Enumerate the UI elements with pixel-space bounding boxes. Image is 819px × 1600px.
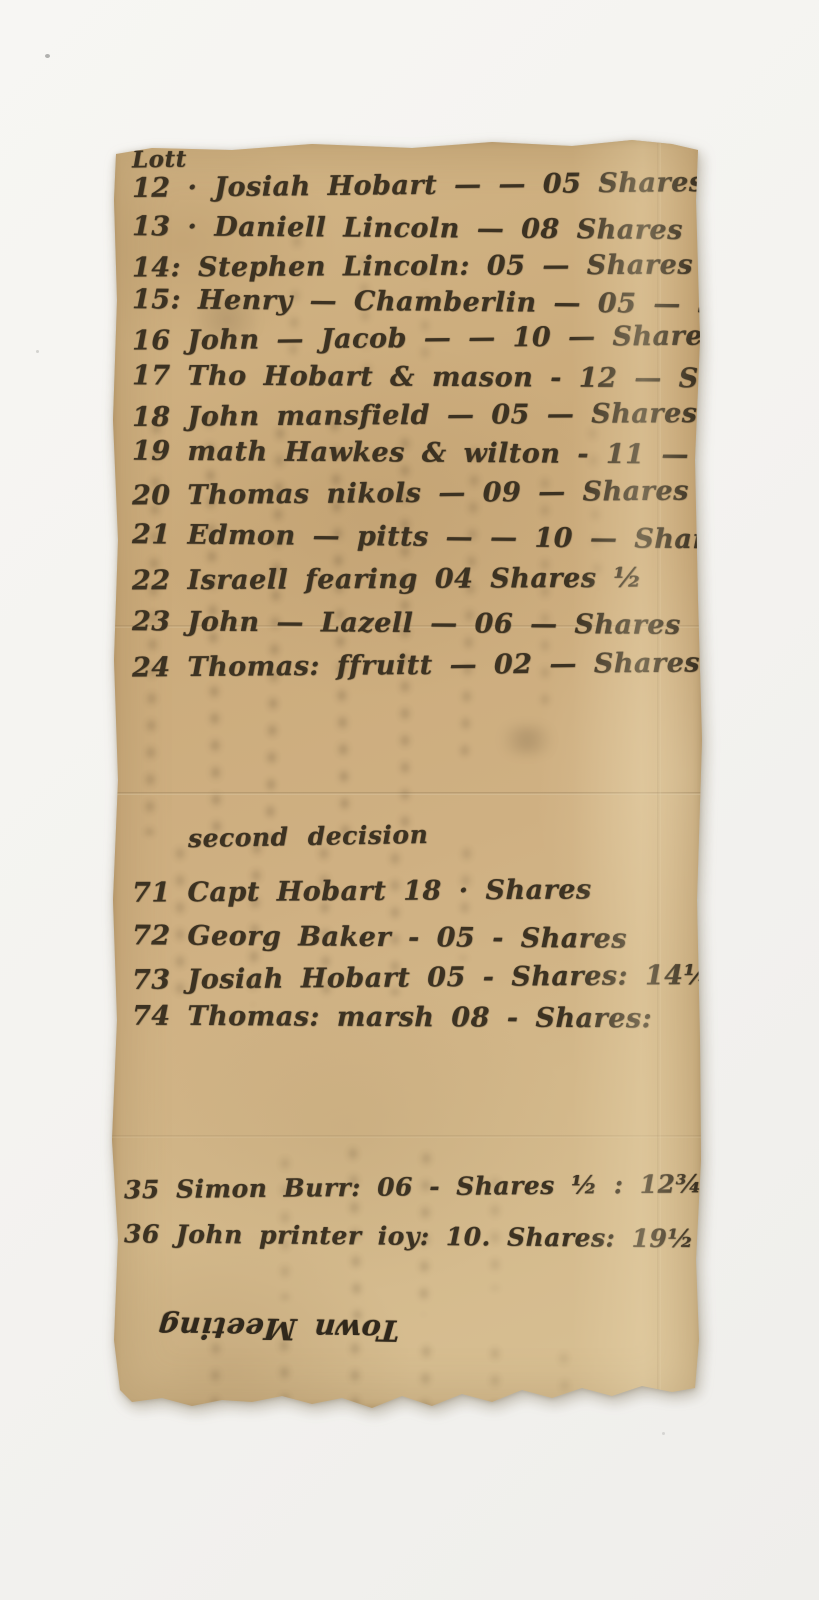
ledger-line-22: 22 Israell fearing 04 Shares ½ (132, 563, 642, 597)
ledger-line-71: 71 Capt Hobart 18 · Shares (132, 874, 592, 908)
ledger-line-18: 18 John mansfield — 05 — Shares (132, 398, 698, 433)
ledger-line-16: 16 John — Jacob — — 10 — Shares (132, 320, 719, 356)
ledger-line-23: 23 John — Lazell — 06 — Shares (132, 606, 681, 641)
scan-speck (662, 1432, 665, 1435)
ledger-line-74: 74 Thomas: marsh 08 - Shares: (132, 1001, 652, 1035)
manuscript-paper-shadow: Lott 12 · Josiah Hobart — — 05 Shares 13… (112, 140, 702, 1408)
scan-speck (45, 54, 50, 58)
ink-bleedthrough-smudge (550, 1345, 579, 1446)
ledger-line-13: 13 · Daniell Lincoln — 08 Shares (132, 211, 683, 246)
list-heading-lott: Lott (132, 146, 187, 174)
ledger-line-35: 35 Simon Burr: 06 - Shares ½ : 12¾ : 1 (124, 1169, 762, 1205)
fold-crease (112, 1135, 702, 1138)
ledger-line-72: 72 Georg Baker - 05 - Shares (132, 920, 627, 954)
ledger-line-73: 73 Josiah Hobart 05 - Shares: 14¼ : 30 (132, 959, 795, 996)
ink-bleedthrough-smudge (410, 1338, 439, 1459)
section-heading-second-decision: second decision (188, 820, 429, 853)
fold-crease (112, 792, 702, 795)
ledger-line-17: 17 Tho Hobart & mason - 12 — Shares (132, 360, 785, 394)
ledger-line-12: 12 · Josiah Hobart — — 05 Shares (132, 167, 705, 204)
ledger-line-14: 14: Stephen Lincoln: 05 — Shares (132, 250, 693, 284)
ledger-line-24: 24 Thomas: ffruitt — 02 — Shares (132, 648, 700, 684)
scan-speck (36, 350, 39, 353)
ink-bleedthrough-smudge (482, 1340, 508, 1450)
ink-bleedthrough-smudge (271, 1332, 299, 1467)
ledger-line-15: 15: Henry — Chamberlin — 05 — Shares (132, 284, 804, 321)
manuscript-paper: Lott 12 · Josiah Hobart — — 05 Shares 13… (112, 140, 702, 1408)
ledger-line-19: 19 math Hawkes & wilton - 11 — Shares (132, 436, 812, 472)
ink-bleedthrough-smudge (342, 1335, 368, 1465)
ledger-line-36: 36 John printer ioy: 10. Shares: 19½ 20 (124, 1219, 746, 1253)
inverted-docket-note: Town Meeting (157, 1310, 401, 1347)
ledger-line-21: 21 Edmon — pitts — — 10 — Shars: ½ (132, 519, 779, 556)
ink-bleedthrough-smudge (492, 725, 562, 755)
ledger-line-20: 20 Thomas nikols — 09 — Shares (132, 476, 689, 512)
ink-bleedthrough-smudge (201, 1335, 229, 1465)
